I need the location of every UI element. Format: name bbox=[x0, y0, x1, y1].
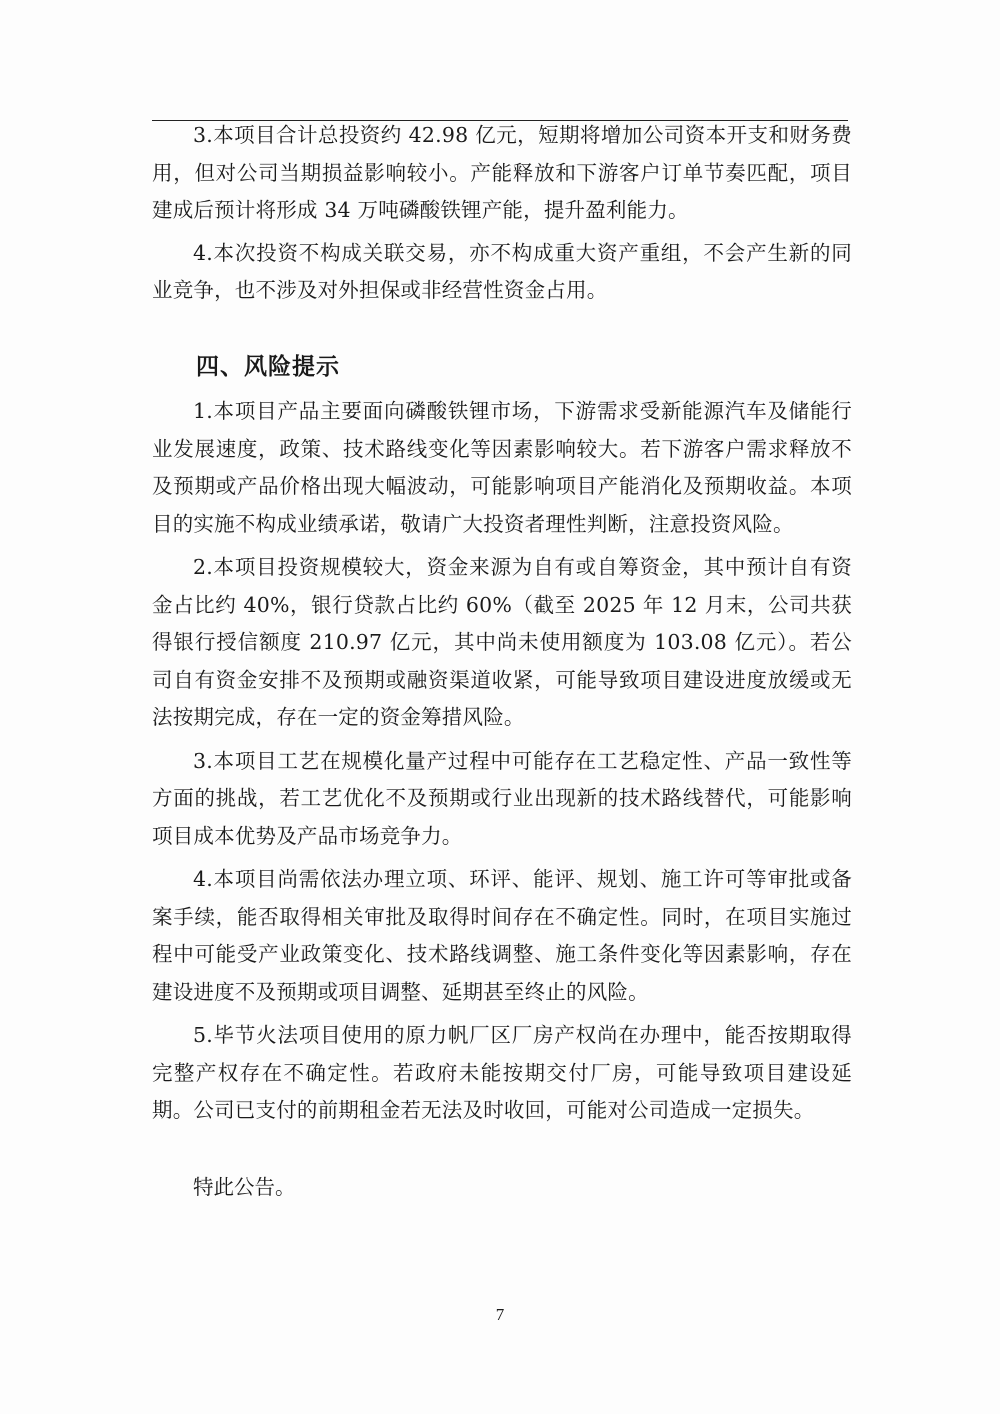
paragraph-related-transaction: 4.本次投资不构成关联交易，亦不构成重大资产重组，不会产生新的同业竞争，也不涉及… bbox=[152, 235, 852, 310]
document-page: 3.本项目合计总投资约 42.98 亿元，短期将增加公司资本开支和财务费用，但对… bbox=[0, 0, 1000, 1414]
paragraph-investment-impact: 3.本项目合计总投资约 42.98 亿元，短期将增加公司资本开支和财务费用，但对… bbox=[152, 117, 852, 230]
risk-paragraph-process: 3.本项目工艺在规模化量产过程中可能存在工艺稳定性、产品一致性等方面的挑战，若工… bbox=[152, 743, 852, 856]
closing-statement: 特此公告。 bbox=[193, 1170, 296, 1200]
pre-heading-section: 3.本项目合计总投资约 42.98 亿元，短期将增加公司资本开支和财务费用，但对… bbox=[152, 117, 852, 310]
risk-section: 1.本项目产品主要面向磷酸铁锂市场，下游需求受新能源汽车及储能行业发展速度，政策… bbox=[152, 393, 852, 1130]
risk-paragraph-funding: 2.本项目投资规模较大，资金来源为自有或自筹资金，其中预计自有资金占比约 40%… bbox=[152, 549, 852, 737]
page-number: 7 bbox=[0, 1305, 1000, 1325]
risk-paragraph-approval: 4.本项目尚需依法办理立项、环评、能评、规划、施工许可等审批或备案手续，能否取得… bbox=[152, 861, 852, 1011]
risk-paragraph-property: 5.毕节火法项目使用的原力帆厂区厂房产权尚在办理中，能否按期取得完整产权存在不确… bbox=[152, 1017, 852, 1130]
risk-paragraph-market: 1.本项目产品主要面向磷酸铁锂市场，下游需求受新能源汽车及储能行业发展速度，政策… bbox=[152, 393, 852, 543]
section-heading-risk: 四、风险提示 bbox=[196, 348, 340, 381]
